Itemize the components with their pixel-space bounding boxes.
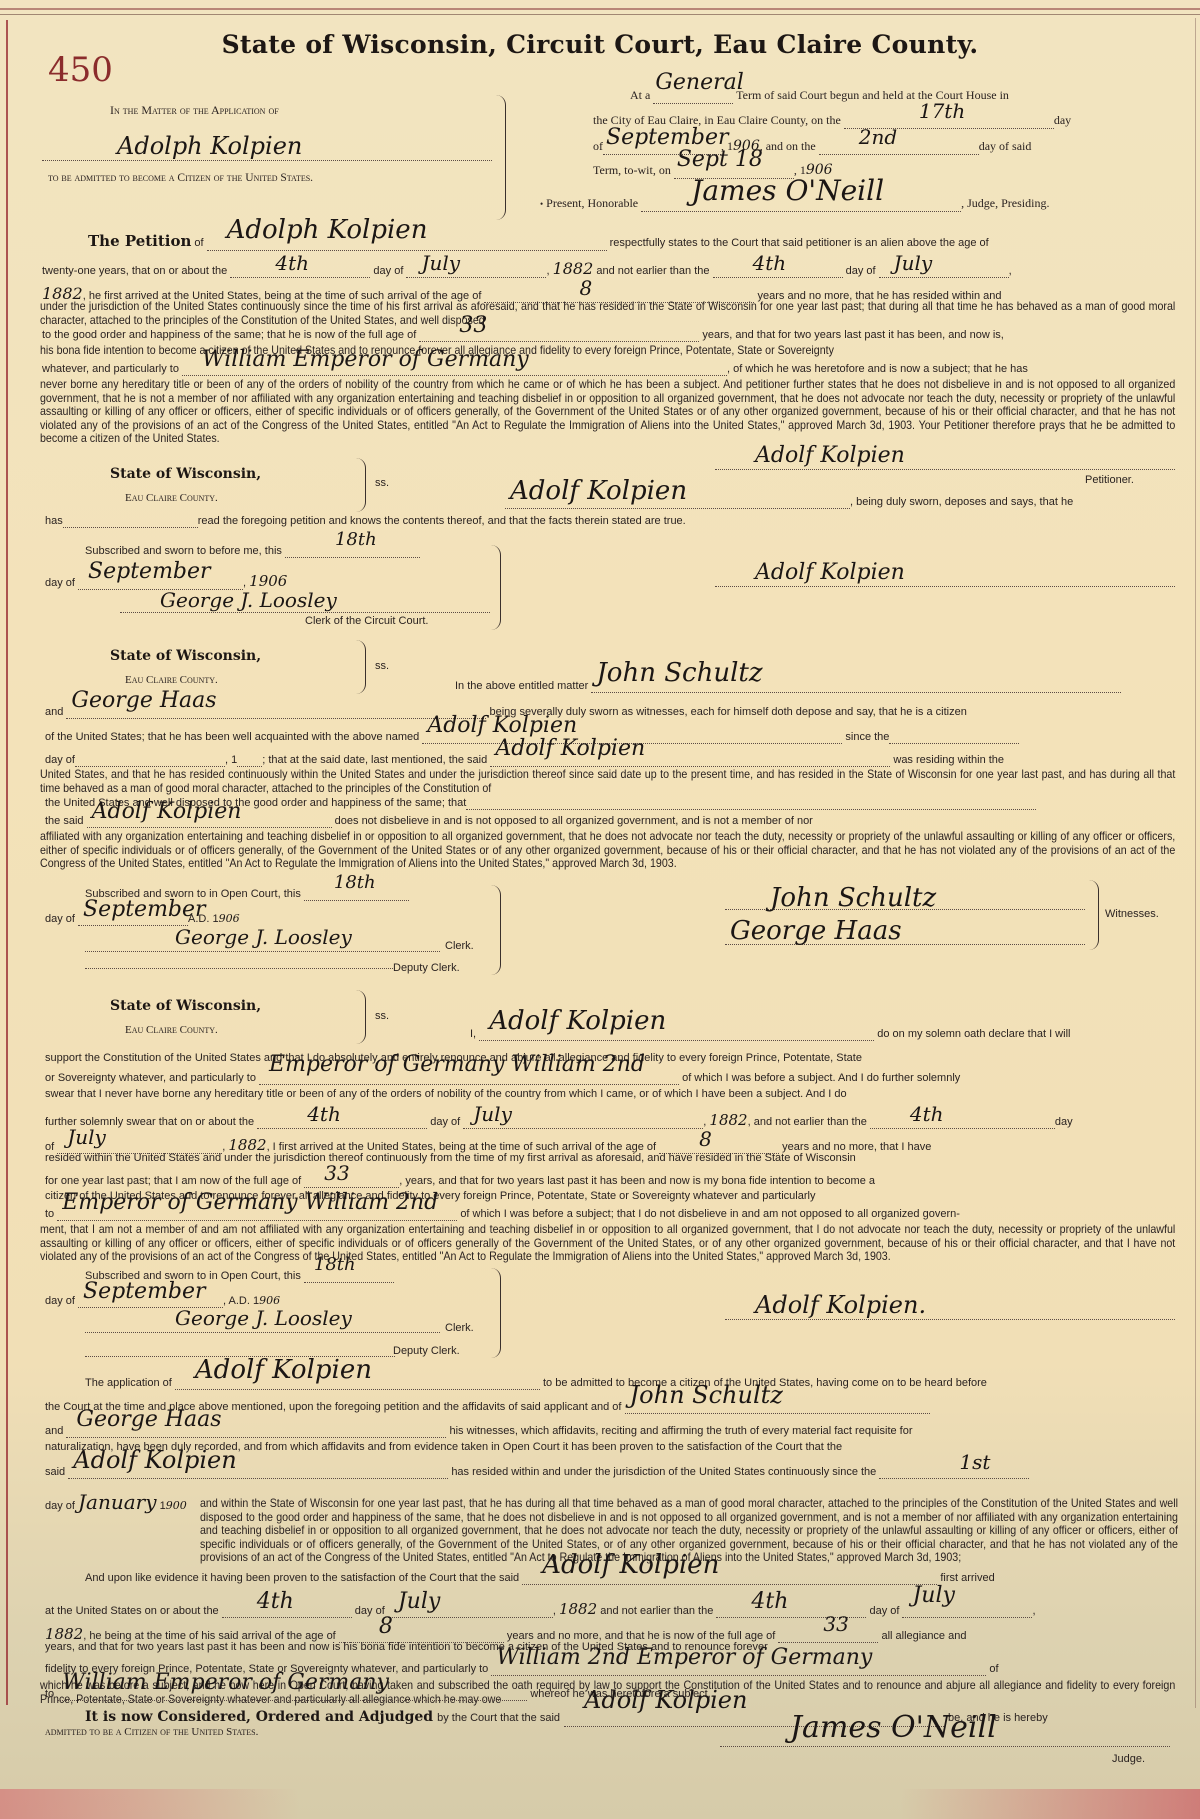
- affiant-field: Adolf Kolpien: [505, 496, 850, 509]
- label: of which I was before a subject. And I d…: [682, 1072, 960, 1084]
- label: or Sovereignty whatever, and particularl…: [45, 1072, 256, 1084]
- order-age-handwritten: 8: [379, 1614, 393, 1639]
- caption-line1: In the Matter of the Application of: [110, 103, 279, 118]
- order-witness2-field: George Haas: [66, 1425, 446, 1438]
- caption-line2: to be admitted to become a Citizen of th…: [48, 172, 313, 184]
- arrival-day-field: 4th: [230, 265, 370, 278]
- order-day1-handwritten: 4th: [257, 1589, 294, 1614]
- caption-applicant-line: Adolph Kolpien: [42, 130, 492, 161]
- clerk-label: Clerk.: [445, 940, 474, 952]
- subscribed-day-handwritten: 18th: [335, 529, 377, 550]
- witness-dayof: day of September A.D. 1906: [45, 912, 240, 926]
- order-applicant-field: Adolf Kolpien: [175, 1377, 540, 1390]
- label: of which I was before a subject; that I …: [460, 1208, 960, 1220]
- label: day of: [846, 265, 876, 277]
- term-nth-day-field: 2nd: [819, 139, 979, 155]
- label: and not earlier than the: [600, 1605, 713, 1617]
- order-day1-field: 4th: [222, 1605, 352, 1618]
- oath-sovereign2-handwritten: Emperor of Germany William 2nd: [62, 1190, 438, 1215]
- witness2-signature-line: George Haas: [725, 930, 1085, 945]
- label: of: [194, 237, 203, 249]
- order-like-line: And upon like evidence it having been pr…: [85, 1572, 995, 1585]
- oath-month-handwritten: September: [83, 1279, 206, 1304]
- label: day of: [430, 1116, 460, 1128]
- oath-line1: I, Adolf Kolpien do on my solemn oath de…: [470, 1028, 1070, 1041]
- order-applicant4-handwritten: Adolf Kolpien: [584, 1686, 747, 1714]
- label: , and not earlier than the: [748, 1116, 867, 1128]
- order-applicant3-field: Adolf Kolpien: [522, 1572, 937, 1585]
- oath-sovereign-field: Emperor of Germany William 2nd: [259, 1072, 679, 1085]
- label: I,: [470, 1028, 476, 1040]
- judge-signature: James O'Neill: [790, 1710, 997, 1745]
- label: of: [593, 139, 603, 153]
- subscribed-day-field: 18th: [285, 545, 420, 558]
- subscribed-brace: [490, 545, 501, 630]
- witness-subscribed-day-field: 18th: [304, 888, 409, 901]
- residing-handwritten: Adolf Kolpien: [495, 736, 645, 761]
- label: , being duly sworn, deposes and says, th…: [850, 496, 1073, 508]
- label: of the United States; that he has been w…: [45, 731, 419, 743]
- order-age-now-field: 33: [778, 1630, 878, 1643]
- ss-label-3: ss.: [375, 1010, 389, 1022]
- witness-body1: United States, and that he has resided c…: [40, 768, 1175, 795]
- witness-subscribed-day-handwritten: 18th: [334, 872, 376, 893]
- witness2-signature: George Haas: [730, 916, 902, 946]
- order-witness1-field: John Schultz: [625, 1401, 930, 1414]
- paper-stain: [0, 1789, 1200, 1819]
- order-applicant3-handwritten: Adolf Kolpien: [542, 1550, 719, 1580]
- oath-subscribed-day-field: 18th: [304, 1270, 394, 1283]
- label: , 1: [225, 754, 237, 766]
- label: respectfully states to the Court that sa…: [610, 237, 989, 249]
- petition-heading: The Petition: [88, 232, 191, 250]
- residing-field: Adolf Kolpien: [490, 754, 890, 767]
- label: said: [45, 1466, 65, 1478]
- left-margin-rule: [6, 20, 8, 1705]
- oath-month2-handwritten: July: [67, 1125, 106, 1149]
- the-said-handwritten: Adolf Kolpien: [92, 799, 242, 824]
- page-title: State of Wisconsin, Circuit Court, Eau C…: [0, 30, 1200, 59]
- oath-clerk-signature: George J. Loosley: [175, 1306, 352, 1330]
- judge-label: Judge.: [1112, 1753, 1145, 1765]
- label: At a: [630, 88, 650, 102]
- oath-line5: further solemnly swear that on or about …: [45, 1111, 1073, 1129]
- oath-subscribed-day-handwritten: 18th: [314, 1254, 356, 1275]
- witness-subscribed-brace: [490, 885, 501, 975]
- oath-year1-handwritten: 1882: [709, 1111, 747, 1129]
- label: by the Court that the said: [437, 1712, 560, 1724]
- order-age-now-handwritten: 33: [823, 1612, 848, 1636]
- oath-day1-handwritten: 4th: [307, 1102, 341, 1126]
- oath-sovereign-handwritten: Emperor of Germany William 2nd: [269, 1052, 645, 1077]
- state-label-2: State of Wisconsin,: [110, 648, 261, 664]
- order-sovereign-field: William 2nd Emperor of Germany: [491, 1663, 986, 1676]
- ss-brace-2: [355, 640, 366, 694]
- witness1-signature-line: John Schultz: [725, 895, 1085, 910]
- label: the said: [45, 815, 84, 827]
- petition-body3: never borne any hereditary title or been…: [40, 378, 1175, 446]
- label: since the: [845, 731, 889, 743]
- clerk-signature: George J. Loosley: [160, 588, 337, 612]
- ss-brace-3: [355, 990, 366, 1044]
- deputy-clerk-label: Deputy Clerk.: [393, 962, 460, 974]
- oath-line7: resided within the United States and und…: [45, 1152, 856, 1164]
- witness-year-handwritten: 906: [219, 912, 240, 925]
- declarant-field: Adolf Kolpien: [479, 1028, 874, 1041]
- label: day of: [45, 577, 75, 589]
- admitted-line: admitted to be a Citizen of the United S…: [45, 1726, 258, 1738]
- deputy-clerk-line: [85, 967, 395, 969]
- sovereign-handwritten: William Emperor of Germany: [202, 347, 529, 372]
- label: years, and that for two years last past …: [702, 329, 1003, 341]
- order-line3: and George Haas his witnesses, which aff…: [45, 1425, 913, 1438]
- term-date-handwritten: Sept 18: [677, 147, 763, 172]
- the-said-field: Adolf Kolpien: [87, 815, 332, 828]
- oath-sovereign2-field: Emperor of Germany William 2nd: [57, 1208, 457, 1221]
- oath-month1-handwritten: July: [473, 1102, 512, 1126]
- naturalization-record-page: 450 State of Wisconsin, Circuit Court, E…: [0, 0, 1200, 1819]
- order-year1-handwritten: 1882: [559, 1600, 597, 1618]
- county-label: Eau Claire County.: [125, 492, 218, 504]
- label: for one year last past; that I am now of…: [45, 1175, 301, 1187]
- order-applicant2-field: Adolf Kolpien: [68, 1466, 448, 1479]
- affiant-signature-line: Adolf Kolpien: [715, 572, 1175, 587]
- state-label-3: State of Wisconsin,: [110, 998, 261, 1014]
- witness-the-said: the said Adolf Kolpien does not disbelie…: [45, 815, 813, 828]
- oath-line8: for one year last past; that I am now of…: [45, 1175, 875, 1188]
- witness-intro: In the above entitled matter John Schult…: [455, 680, 1121, 693]
- current-age-field: 33: [419, 329, 699, 342]
- witness-line4: day of , 1 ; that at the said date, last…: [45, 754, 1004, 767]
- label: to: [45, 1688, 54, 1700]
- oath-signature: Adolf Kolpien.: [755, 1291, 926, 1319]
- order-since-day-field: 1st: [879, 1466, 1029, 1479]
- oath-line4: swear that I never have borne any heredi…: [45, 1088, 847, 1100]
- label: Present, Honorable: [546, 196, 638, 210]
- witness-clerk-signature: George J. Loosley: [175, 925, 352, 949]
- label: do on my solemn oath declare that I will: [877, 1028, 1070, 1040]
- has-field: [63, 515, 198, 528]
- oath-body: ment, that I am not a member of and am n…: [40, 1223, 1175, 1264]
- order-since-day-handwritten: 1st: [959, 1450, 990, 1474]
- label: does not disbelieve in and is not oppose…: [335, 815, 813, 827]
- ss-label: ss.: [375, 477, 389, 489]
- label: of: [989, 1663, 998, 1675]
- term-nth-day-handwritten: 2nd: [859, 125, 897, 149]
- label: , of which he was heretofore and is now …: [727, 363, 1028, 375]
- top-border-rule-inner: [0, 14, 1200, 15]
- acquaintance-handwritten: Adolf Kolpien: [427, 713, 577, 738]
- order-sovereign2-handwritten: William Emperor of Germany: [62, 1670, 389, 1695]
- witness-body2: affiliated with any organization enterta…: [40, 830, 1175, 871]
- witness1-signature: John Schultz: [770, 883, 936, 913]
- label: read the foregoing petition and knows th…: [198, 515, 686, 527]
- right-margin-rule: [1195, 18, 1196, 1708]
- order-sovereign2-field: William Emperor of Germany: [57, 1688, 527, 1701]
- oath-deputy-label: Deputy Clerk.: [393, 1345, 460, 1357]
- sovereign-field: William Emperor of Germany: [182, 363, 727, 376]
- oath-subscribed-brace: [490, 1268, 501, 1358]
- oath-line3: or Sovereignty whatever, and particularl…: [45, 1072, 960, 1085]
- oath-age-handwritten: 8: [699, 1127, 712, 1151]
- petitioner-label: Petitioner.: [1085, 474, 1134, 486]
- petition-body1: under the jurisdiction of the United Sta…: [40, 300, 1175, 327]
- label: day of said: [979, 139, 1032, 153]
- oath-day2-handwritten: 4th: [910, 1102, 944, 1126]
- label: twenty-one years, that on or about the: [42, 265, 227, 277]
- arrival-month-handwritten: July: [421, 251, 460, 275]
- judge-field: James O'Neill: [641, 196, 961, 212]
- county-label-2: Eau Claire County.: [125, 674, 218, 686]
- label: Term of said Court begun and held at the…: [736, 88, 1009, 102]
- order-line1: The application of Adolf Kolpien to be a…: [85, 1377, 987, 1390]
- current-age-handwritten: 33: [459, 313, 487, 338]
- oath-age-now-field: 33: [304, 1175, 399, 1188]
- witness-clerk-line: George J. Loosley: [85, 937, 440, 952]
- witness-year-field[interactable]: [237, 754, 262, 767]
- label: and not earlier than the: [596, 265, 709, 277]
- petition-line2: twenty-one years, that on or about the 4…: [42, 259, 1177, 278]
- petitioner-handwritten: Adolph Kolpien: [227, 215, 428, 245]
- petition-line1: The Petition of Adolph Kolpien respectfu…: [88, 232, 989, 251]
- affidavit1-line1: Adolf Kolpien , being duly sworn, depose…: [505, 496, 1073, 509]
- witness1-handwritten: John Schultz: [596, 658, 762, 688]
- oath-signature-line: Adolf Kolpien.: [725, 1305, 1175, 1320]
- witnesses-label: Witnesses.: [1105, 908, 1159, 920]
- subscribed-month-handwritten: September: [88, 559, 211, 584]
- clerk-signature-line: George J. Loosley: [120, 598, 490, 613]
- order-month1-handwritten: July: [398, 1589, 440, 1614]
- judge-signature-line: James O'Neill: [720, 1732, 1170, 1747]
- label: to: [45, 1208, 54, 1220]
- label: whatever, and particularly to: [42, 363, 179, 375]
- label: day: [1054, 113, 1071, 127]
- since-field: [889, 731, 1019, 744]
- arrival-month2-handwritten: July: [894, 251, 933, 275]
- county-label-3: Eau Claire County.: [125, 1024, 218, 1036]
- label: day: [1055, 1116, 1073, 1128]
- oath-day2-field: 4th: [870, 1116, 1055, 1129]
- witness2-handwritten: George Haas: [71, 688, 216, 713]
- term-day-handwritten: 17th: [919, 99, 965, 123]
- label: day of: [45, 1500, 75, 1512]
- witness-month-handwritten: September: [83, 897, 206, 922]
- arrival-month2-field: July: [879, 265, 1009, 278]
- oath-line10: to Emperor of Germany William 2nd of whi…: [45, 1208, 960, 1221]
- affiant-handwritten: Adolf Kolpien: [510, 476, 687, 506]
- petitioner-signature: Adolf Kolpien: [755, 443, 905, 468]
- declarant-handwritten: Adolf Kolpien: [489, 1006, 666, 1036]
- label: to the good order and happiness of the s…: [42, 329, 416, 341]
- label: , Judge, Presiding.: [961, 196, 1049, 210]
- affidavit1-line2: has read the foregoing petition and know…: [45, 515, 686, 528]
- caption-applicant-handwritten: Adolph Kolpien: [117, 132, 302, 160]
- petition-age-line: to the good order and happiness of the s…: [42, 329, 1177, 342]
- affiant-signature: Adolf Kolpien: [755, 560, 905, 585]
- blank-field: [466, 797, 1036, 810]
- label: , and on the: [760, 139, 816, 153]
- label: and: [45, 706, 63, 718]
- label: has: [45, 515, 63, 527]
- top-border-rule: [0, 8, 1200, 10]
- petitioner-field: Adolph Kolpien: [207, 235, 607, 251]
- term-line3: ofSeptember , 1906, and on the 2nd day o…: [593, 138, 1031, 155]
- oath-clerk-label: Clerk.: [445, 1322, 474, 1334]
- label: day of: [373, 265, 403, 277]
- affidavit1-subscribed: Subscribed and sworn to before me, this …: [85, 545, 420, 558]
- oath-age-now-handwritten: 33: [324, 1161, 349, 1185]
- arrival-month-field: July: [406, 265, 546, 278]
- label: was residing within the: [893, 754, 1004, 766]
- arrival-day2-field: 4th: [713, 265, 843, 278]
- order-day2-handwritten: 4th: [751, 1589, 788, 1614]
- witness-day-field[interactable]: [75, 754, 225, 767]
- label: The application of: [85, 1377, 172, 1389]
- label: ; that at the said date, last mentioned,…: [262, 754, 487, 766]
- label: In the above entitled matter: [455, 680, 588, 692]
- order-arrival-line: at the United States on or about the 4th…: [45, 1600, 1036, 1618]
- order-month1-field: July: [388, 1605, 553, 1618]
- oath-day1-field: 4th: [257, 1116, 427, 1129]
- order-applicant-handwritten: Adolf Kolpien: [195, 1355, 372, 1385]
- label: at the United States on or about the: [45, 1605, 219, 1617]
- order-since-month-handwritten: January: [78, 1490, 157, 1514]
- term-type-handwritten: General: [655, 70, 743, 95]
- order-witness2-handwritten: George Haas: [76, 1407, 221, 1432]
- witness2-field: George Haas: [66, 706, 486, 719]
- label: And upon like evidence it having been pr…: [85, 1572, 519, 1584]
- witness1-field: John Schultz: [591, 680, 1121, 693]
- ss-brace: [355, 458, 366, 512]
- term-line5: • Present, Honorable James O'Neill , Jud…: [540, 196, 1049, 212]
- witnesses-brace: [1088, 880, 1099, 950]
- label: years, and that for two years last past …: [405, 1175, 875, 1187]
- label: and: [45, 1425, 63, 1437]
- label: day of: [45, 1295, 75, 1307]
- considered-ordered-adjudged: It is now Considered, Ordered and Adjudg…: [85, 1709, 433, 1725]
- label: has resided within and under the jurisdi…: [451, 1466, 876, 1478]
- caption-brace: [495, 95, 506, 220]
- label: day of: [45, 913, 75, 925]
- label: Subscribed and sworn to before me, this: [85, 545, 282, 557]
- oath-month1-field: July: [463, 1116, 703, 1129]
- arrival-day-handwritten: 4th: [275, 251, 309, 275]
- order-month2-field: July: [902, 1605, 1032, 1618]
- oath-clerk-line: George J. Loosley: [85, 1318, 440, 1333]
- witness-month-field: September: [78, 913, 188, 926]
- order-month2-handwritten: July: [912, 1583, 954, 1608]
- label: Term, to-wit, on: [593, 163, 671, 177]
- term-type-field: General: [653, 88, 733, 104]
- ss-label-2: ss.: [375, 660, 389, 672]
- order-since-year-handwritten: 900: [166, 1499, 187, 1512]
- order-applicant2-handwritten: Adolf Kolpien: [73, 1446, 236, 1474]
- order-sovereign-handwritten: William 2nd Emperor of Germany: [496, 1645, 872, 1670]
- label: all allegiance and: [881, 1630, 966, 1642]
- label: his witnesses, which affidavits, recitin…: [449, 1425, 912, 1437]
- arrival-day2-handwritten: 4th: [753, 251, 787, 275]
- petitioner-signature-line: Adolf Kolpien: [715, 455, 1175, 470]
- state-label: State of Wisconsin,: [110, 466, 261, 482]
- order-witness1-handwritten: John Schultz: [630, 1381, 783, 1409]
- order-line5: said Adolf Kolpien has resided within an…: [45, 1466, 1029, 1479]
- label: day of: [45, 754, 75, 766]
- petition-whatever-line: whatever, and particularly to William Em…: [42, 363, 1177, 376]
- judge-handwritten: James O'Neill: [691, 174, 884, 207]
- arrival-age-handwritten: 8: [579, 276, 592, 300]
- clerk-circuit-label: Clerk of the Circuit Court.: [305, 615, 428, 627]
